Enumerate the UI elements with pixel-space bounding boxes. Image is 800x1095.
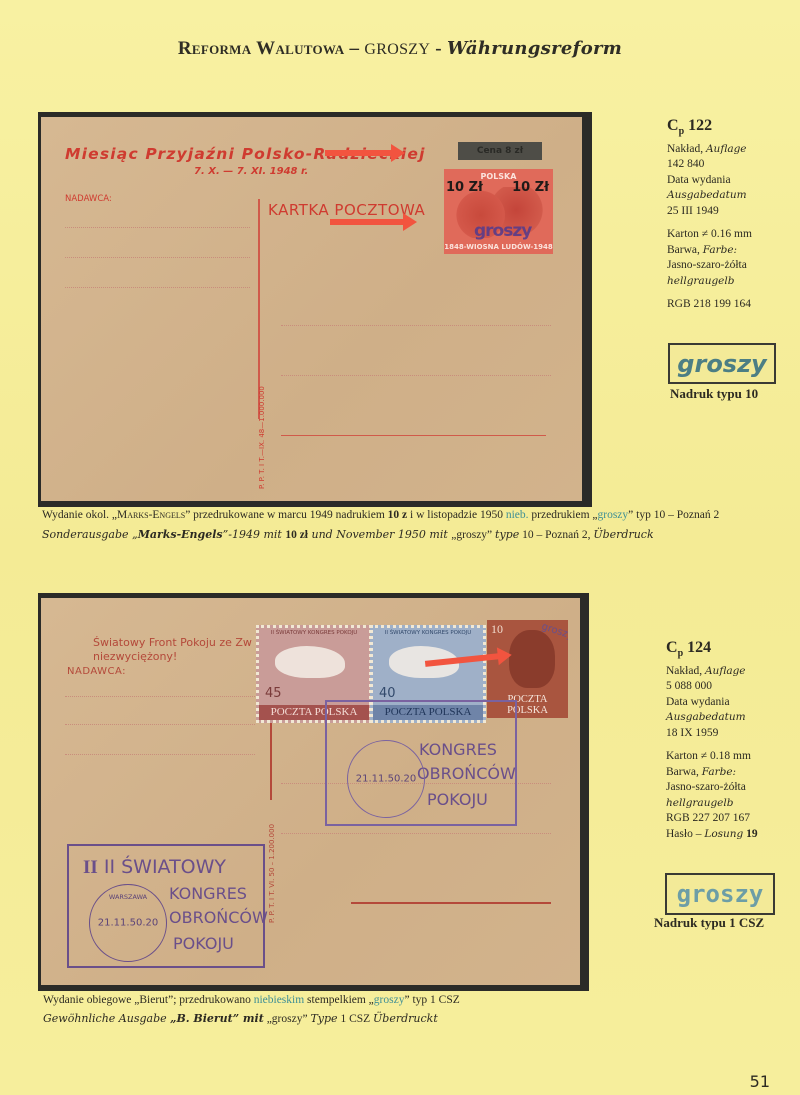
caption-text-blue: nieb. [506,509,529,521]
barwa-row: Barwa, Farbe: [666,765,758,781]
naklad-label-de: Auflage [706,143,747,155]
item-1-info: Cp 122 Nakład, Auflage 142 840 Data wyda… [667,118,752,313]
postmark-date: 21.11.50.20 [90,918,166,929]
cancel-line-2: KONGRES [169,884,247,903]
catalog-prefix: C [667,117,679,134]
caption-text: „groszy” [451,529,495,541]
address-line-solid [281,435,546,436]
catalog-number: Cp 124 [666,640,758,662]
address-line [65,257,250,258]
naklad-value: 142 840 [667,157,752,173]
date-value: 25 III 1949 [667,204,752,220]
caption-text: i w listopadzie 1950 [407,509,506,521]
date-label: Data wydania [666,695,758,711]
caption-text: und November 1950 mit [308,528,451,541]
cancel-line: II II ŚWIATOWY [83,856,226,879]
caption-1-polish: Wydanie okol. „Marks-Engels” przedrukowa… [42,509,719,521]
naklad-label: Nakład, [667,143,703,155]
cancel-line-3: OBROŃCÓW [417,764,516,783]
item-2-info: Cp 124 Nakład, Auflage 5 088 000 Data wy… [666,640,758,842]
barwa-label: Barwa, [667,244,700,256]
caption-text-blue: niebieskim [254,994,304,1006]
caption-text: ” typ 10 – Poznań 2 [628,509,719,521]
date-label: Data wydania [667,173,752,189]
address-line [65,724,255,725]
sender-label: NADAWCA: [65,194,112,204]
overprint-value-right: 10 Zł [512,180,549,195]
barwa-label-de: Farbe: [702,766,736,778]
barwa-value-de: hellgraugelb [667,274,752,290]
caption-text: Marks-Engels [117,509,185,521]
catalog-num: 122 [688,117,712,134]
caption-text: 10 – Poznań 2, [519,529,593,541]
naklad-row: Nakład, Auflage [667,142,752,158]
barwa-row: Barwa, Farbe: [667,243,752,259]
rgb-value: RGB 227 207 167 [666,811,758,827]
bierut-portrait [509,630,555,688]
header-line-1: Światowy Front Pokoju ze Zw [93,636,252,650]
card-type-label: KARTKA POCZTOWA [268,201,425,219]
caption-text-blue: groszy [374,994,405,1006]
overprint-value-left: 10 Zł [446,180,483,195]
stamp-value: 40 [379,686,396,701]
overprint-sample-box: groszy [665,873,775,915]
caption-text: type [495,528,519,541]
overprint-type: Nadruk typu 1 CSZ [654,915,764,931]
caption-1-german: Sonderausgabe „Marks-Engels”-1949 mit 10… [42,528,654,541]
title-dash: – [344,38,364,59]
caption-text: ”-1949 mit [223,528,286,541]
address-line [281,375,551,376]
naklad-label-de: Auflage [705,665,746,677]
caption-text: Überdruck [593,528,653,541]
postmark-city: WARSZAWA [90,893,166,901]
commemorative-cancel-stamps: KONGRES OBROŃCÓW POKOJU 21.11.50.20 [325,700,517,826]
caption-text: 10 zł [285,529,308,541]
title-german: Währungsreform [447,38,622,59]
page-title: Reforma Walutowa – GROSZY - Währungsrefo… [0,38,800,60]
overprint-sample-box: groszy [668,343,776,384]
naklad-value: 5 088 000 [666,679,758,695]
cancel-line-4: POKOJU [173,934,234,953]
address-line [281,833,551,834]
haslo-label: Hasło – [666,828,701,840]
sender-label: NADAWCA: [67,666,126,677]
commemorative-cancel-large: II II ŚWIATOWY KONGRES OBROŃCÓW POKOJU 2… [67,844,265,968]
postmark: 21.11.50.20 [347,740,425,818]
caption-text: 10 z [388,509,407,521]
caption-text: ” typ 1 CSZ [404,994,459,1006]
caption-2-german: Gewöhnliche Ausgabe „B. Bierut” mit „gro… [43,1012,438,1025]
stamp-value: 45 [265,686,282,701]
postcard-1: Miesiąc Przyjaźni Polsko-Radzieckiej 7. … [41,117,582,501]
catalog-number: Cp 122 [667,118,752,140]
title-polish: Reforma Walutowa [178,38,345,59]
card-1-header-dates: 7. X. — 7. XI. 1948 r. [194,166,308,177]
caption-text: „B. Bierut” mit [170,1012,264,1025]
caption-text: Marks-Engels [138,528,223,541]
caption-text: stempelkiem „ [304,994,374,1006]
caption-text: „groszy” [264,1013,311,1025]
date-label-de: Ausgabedatum [666,710,758,726]
marx-engels-stamp: POLSKA 10 Zł 10 Zł groszy 1848-WIOSNA LU… [444,169,553,254]
printer-imprint: P. P. T. I T. VI. 50 – 1.200.000 [268,824,276,923]
caption-text: Überdruckt [373,1012,438,1025]
date-value: 18 IX 1959 [666,726,758,742]
title-groszy: GROSZY [364,41,430,58]
caption-text: Wydanie obiegowe „Bierut”; przedrukowano [43,994,254,1006]
postmark-date: 21.11.50.20 [348,774,424,785]
address-line [65,227,250,228]
naklad-row: Nakład, Auflage [666,664,758,680]
caption-text: Type [310,1012,337,1025]
page-number: 51 [750,1072,770,1091]
stamp-bottom-text: 1848-WIOSNA LUDÓW-1948 [444,243,553,251]
karton-thickness: Karton ≠ 0.18 mm [666,749,758,765]
address-line [281,325,551,326]
caption-text: Sonderausgabe „ [42,528,138,541]
cancel-line-2: KONGRES [419,740,497,759]
barwa-label: Barwa, [666,766,699,778]
printer-imprint: P. P. T. I T.—IX. 48—1.000.000 [258,386,266,489]
stamp-header: II ŚWIATOWY KONGRES POKOJU [373,630,483,636]
barwa-value: Jasno-szaro-żółta [666,780,758,796]
address-line [65,287,250,288]
caption-text: Wydanie okol. „ [42,509,117,521]
cancel-line-1: II ŚWIATOWY [104,856,226,878]
header-line-2: niezwyciężony! [93,650,252,664]
overprint-sample: groszy [677,350,766,378]
catalog-sub: p [678,648,684,659]
annotation-arrow [330,219,405,225]
address-line [65,696,255,697]
catalog-prefix: C [666,639,678,656]
annotation-arrow [325,150,393,156]
barwa-value: Jasno-szaro-żółta [667,258,752,274]
stamp-value: 10 [491,622,503,637]
cancel-line-3: OBROŃCÓW [169,908,268,927]
price-box: Cena 8 zł [458,142,542,160]
haslo-value: 19 [746,828,758,840]
caption-text: Gewöhnliche Ausgabe [43,1012,170,1025]
title-dash-2: - [430,38,447,59]
address-line-solid [351,902,551,904]
overprint-type: Nadruk typu 10 [670,386,758,402]
card-2-header: Światowy Front Pokoju ze Zw niezwyciężon… [93,636,252,664]
haslo-label-de: Losung [704,828,743,840]
cancel-line-4: POKOJU [427,790,488,809]
barwa-label-de: Farbe: [703,244,737,256]
catalog-num: 124 [687,639,711,656]
rgb-value: RGB 218 199 164 [667,297,752,313]
caption-text: ” przedrukowane w marcu 1949 nadrukiem [185,509,387,521]
caption-2-polish: Wydanie obiegowe „Bierut”; przedrukowano… [43,994,460,1006]
caption-text-blue: groszy [598,509,629,521]
barwa-value-de: hellgraugelb [666,796,758,812]
groszy-overprint: groszy [474,221,531,241]
dove-icon [275,646,345,678]
naklad-label: Nakład, [666,665,702,677]
catalog-sub: p [679,126,685,137]
divider-line [270,720,272,800]
haslo-row: Hasło – Losung 19 [666,827,758,843]
address-line [65,754,255,755]
caption-text: przedrukiem „ [529,509,598,521]
overprint-sample: groszy [677,880,764,908]
date-label-de: Ausgabedatum [667,188,752,204]
karton-thickness: Karton ≠ 0.16 mm [667,227,752,243]
stamp-header: II ŚWIATOWY KONGRES POKOJU [259,630,369,636]
postmark: 21.11.50.20 WARSZAWA [89,884,167,962]
caption-text: 1 CSZ [338,1013,373,1025]
